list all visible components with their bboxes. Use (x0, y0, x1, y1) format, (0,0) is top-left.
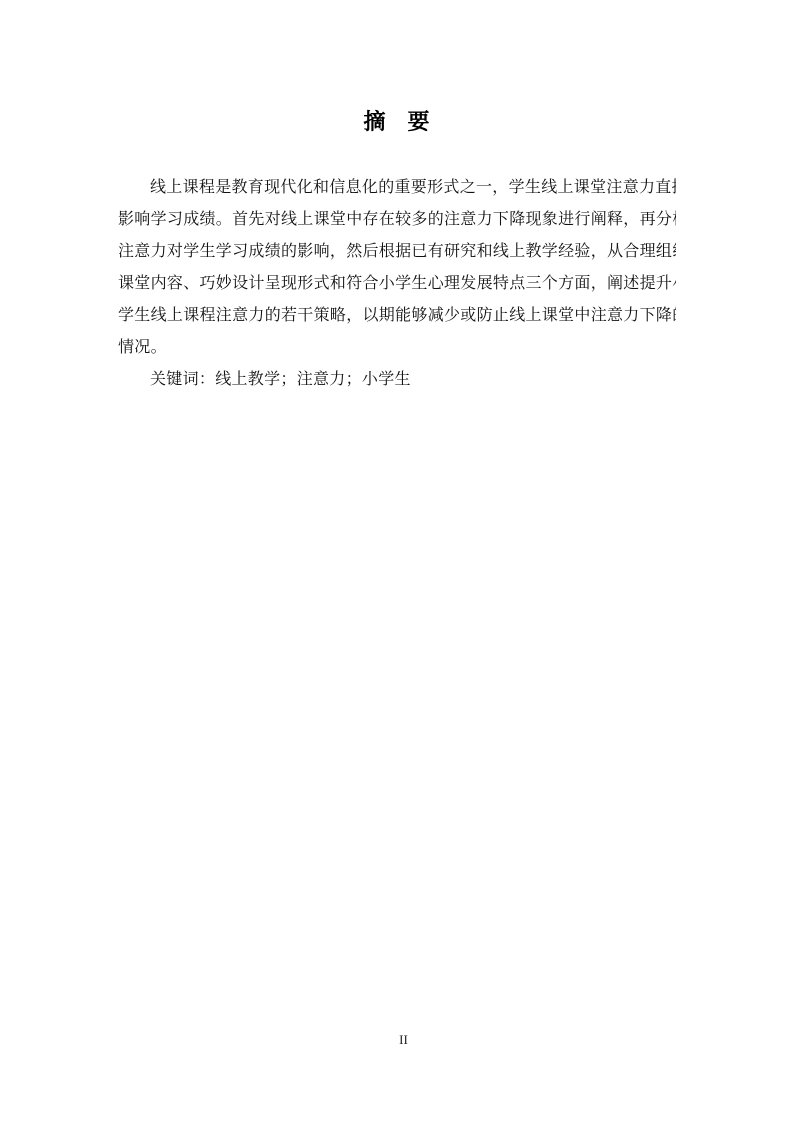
abstract-line-6: 情况。 (118, 332, 676, 364)
paper-abstract-page: 摘 要 线上课程是教育现代化和信息化的重要形式之一，学生线上课堂注意力直接 影响… (0, 0, 793, 1122)
abstract-line-5: 学生线上课程注意力的若干策略，以期能够减少或防止线上课堂中注意力下降的 (118, 300, 676, 332)
keywords-line: 关键词：线上教学；注意力；小学生 (118, 364, 676, 396)
abstract-title: 摘 要 (0, 106, 793, 138)
abstract-line-2: 影响学习成绩。首先对线上课堂中存在较多的注意力下降现象进行阐释，再分析 (118, 204, 676, 236)
abstract-line-1: 线上课程是教育现代化和信息化的重要形式之一，学生线上课堂注意力直接 (118, 172, 676, 204)
abstract-line-4: 课堂内容、巧妙设计呈现形式和符合小学生心理发展特点三个方面，阐述提升小 (118, 268, 676, 300)
abstract-paragraph: 线上课程是教育现代化和信息化的重要形式之一，学生线上课堂注意力直接 影响学习成绩… (118, 172, 676, 396)
abstract-line-3: 注意力对学生学习成绩的影响，然后根据已有研究和线上教学经验，从合理组织 (118, 236, 676, 268)
page-number: II (14, 1032, 793, 1048)
